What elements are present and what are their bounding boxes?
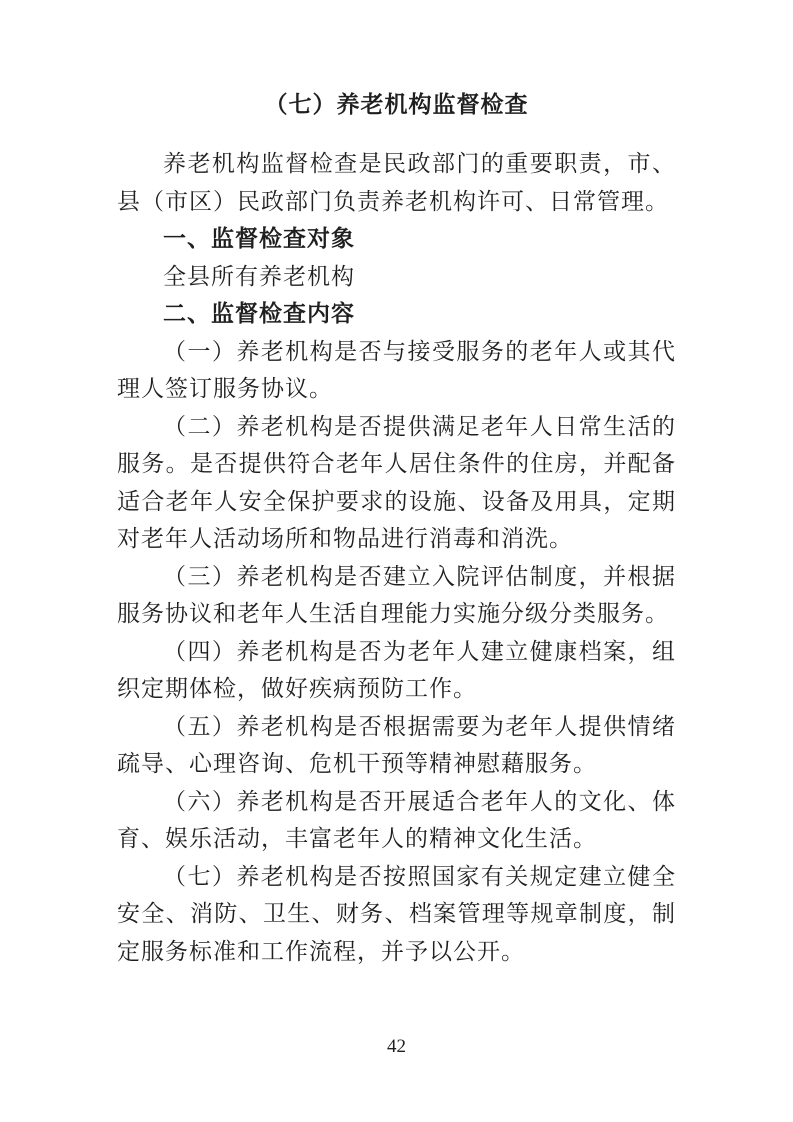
- inspection-content-item-2: （二）养老机构是否提供满足老年人日常生活的服务。是否提供符合老年人居住条件的住房…: [117, 408, 676, 558]
- intro-paragraph: 养老机构监督检查是民政部门的重要职责，市、县（市区）民政部门负责养老机构许可、日…: [117, 145, 676, 220]
- section-heading-inspection-targets: 一、监督检查对象: [117, 220, 676, 258]
- inspection-content-item-3: （三）养老机构是否建立入院评估制度，并根据服务协议和老年人生活自理能力实施分级分…: [117, 558, 676, 633]
- page-number: 42: [0, 1036, 793, 1058]
- inspection-targets-paragraph: 全县所有养老机构: [117, 258, 676, 296]
- inspection-content-item-5: （五）养老机构是否根据需要为老年人提供情绪疏导、心理咨询、危机干预等精神慰藉服务…: [117, 708, 676, 783]
- inspection-content-item-4: （四）养老机构是否为老年人建立健康档案，组织定期体检，做好疾病预防工作。: [117, 633, 676, 708]
- document-page: （七）养老机构监督检查 养老机构监督检查是民政部门的重要职责，市、县（市区）民政…: [0, 0, 793, 1122]
- inspection-content-item-1: （一）养老机构是否与接受服务的老年人或其代理人签订服务协议。: [117, 333, 676, 408]
- document-title: （七）养老机构监督检查: [117, 88, 676, 122]
- inspection-content-item-7: （七）养老机构是否按照国家有关规定建立健全安全、消防、卫生、财务、档案管理等规章…: [117, 858, 676, 971]
- section-heading-inspection-content: 二、监督检查内容: [117, 295, 676, 333]
- document-content: （七）养老机构监督检查 养老机构监督检查是民政部门的重要职责，市、县（市区）民政…: [117, 88, 676, 970]
- inspection-content-item-6: （六）养老机构是否开展适合老年人的文化、体育、娱乐活动，丰富老年人的精神文化生活…: [117, 783, 676, 858]
